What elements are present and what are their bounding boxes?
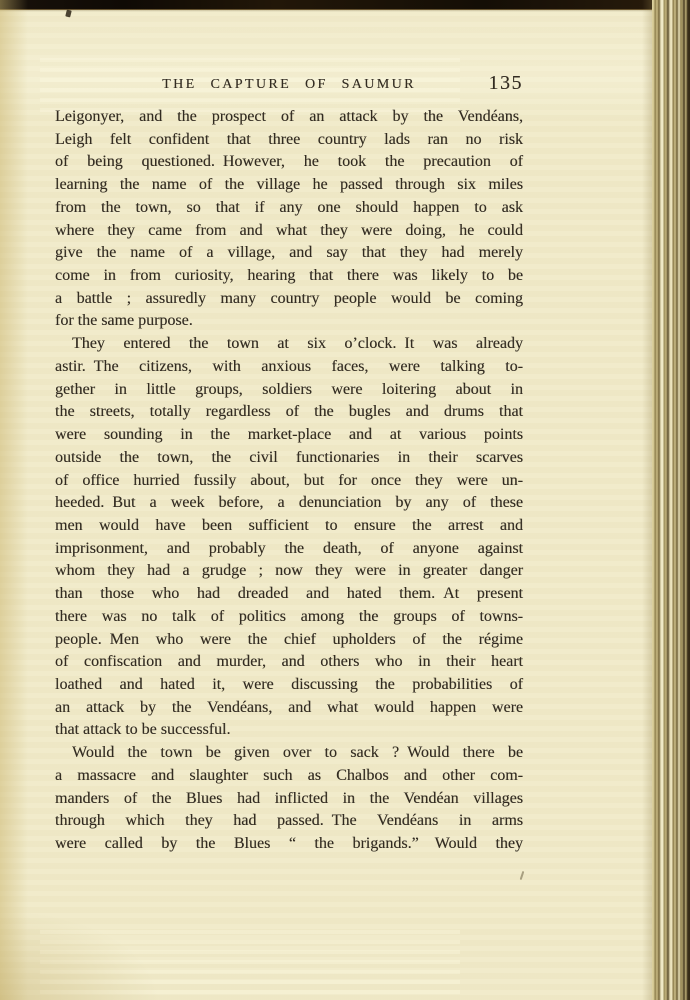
text-line: Leigonyer, and the prospect of an attack… bbox=[55, 106, 523, 129]
page-edge-stripes bbox=[652, 0, 690, 1000]
text-line: men would have been sufficient to ensure… bbox=[55, 515, 523, 538]
text-line: of confiscation and murder, and others w… bbox=[55, 651, 523, 674]
page-number: 135 bbox=[489, 72, 524, 95]
text-line: heeded. But a week before, a denunciatio… bbox=[55, 492, 523, 515]
text-line: an attack by the Vendéans, and what woul… bbox=[55, 697, 523, 720]
scan-speck bbox=[65, 9, 72, 17]
text-line: a massacre and slaughter such as Chalbos… bbox=[55, 765, 523, 788]
text-line: Would the town be given over to sack ? W… bbox=[55, 742, 523, 765]
paragraph: Leigonyer, and the prospect of an attack… bbox=[55, 106, 523, 333]
text-line: They entered the town at six o’clock. It… bbox=[55, 333, 523, 356]
text-line: gether in little groups, soldiers were l… bbox=[55, 379, 523, 402]
text-line: outside the town, the civil functionarie… bbox=[55, 447, 523, 470]
text-line: astir. The citizens, with anxious faces,… bbox=[55, 356, 523, 379]
text-line: loathed and hated it, were discussing th… bbox=[55, 674, 523, 697]
scan-speck bbox=[520, 871, 525, 880]
running-title: THE CAPTURE OF SAUMUR bbox=[55, 77, 523, 93]
corner-shadow bbox=[0, 910, 160, 1000]
text-line: manders of the Blues had inflicted in th… bbox=[55, 788, 523, 811]
paragraph: They entered the town at six o’clock. It… bbox=[55, 333, 523, 742]
text-line: people. Men who were the chief upholders… bbox=[55, 629, 523, 652]
text-line: Leigh felt confident that three country … bbox=[55, 129, 523, 152]
paragraph: Would the town be given over to sack ? W… bbox=[55, 742, 523, 856]
text-line: there was no talk of politics among the … bbox=[55, 606, 523, 629]
text-line: of being questioned. However, he took th… bbox=[55, 151, 523, 174]
text-line: were sounding in the market-place and at… bbox=[55, 424, 523, 447]
page-header: THE CAPTURE OF SAUMUR 135 bbox=[55, 74, 523, 98]
text-line: for the same purpose. bbox=[55, 310, 523, 333]
text-line: learning the name of the village he pass… bbox=[55, 174, 523, 197]
text-line: than those who had dreaded and hated the… bbox=[55, 583, 523, 606]
text-line: a battle ; assuredly many country people… bbox=[55, 288, 523, 311]
text-line: of office hurried fussily about, but for… bbox=[55, 470, 523, 493]
text-line: the streets, totally regardless of the b… bbox=[55, 401, 523, 424]
text-line: whom they had a grudge ; now they were i… bbox=[55, 560, 523, 583]
text-line: through which they had passed. The Vendé… bbox=[55, 810, 523, 833]
text-block: Leigonyer, and the prospect of an attack… bbox=[55, 106, 523, 856]
text-line: give the name of a village, and say that… bbox=[55, 242, 523, 265]
text-line: that attack to be successful. bbox=[55, 719, 523, 742]
book-top-edge bbox=[0, 0, 690, 10]
scan-streak-band bbox=[40, 930, 460, 1000]
text-line: imprisonment, and probably the death, of… bbox=[55, 538, 523, 561]
book-page-scan: THE CAPTURE OF SAUMUR 135 Leigonyer, and… bbox=[0, 0, 690, 1000]
gutter-shadow bbox=[0, 0, 28, 1000]
text-line: were called by the Blues “ the brigands.… bbox=[55, 833, 523, 856]
text-line: from the town, so that if any one should… bbox=[55, 197, 523, 220]
text-line: where they came from and what they were … bbox=[55, 220, 523, 243]
text-line: come in from curiosity, hearing that the… bbox=[55, 265, 523, 288]
